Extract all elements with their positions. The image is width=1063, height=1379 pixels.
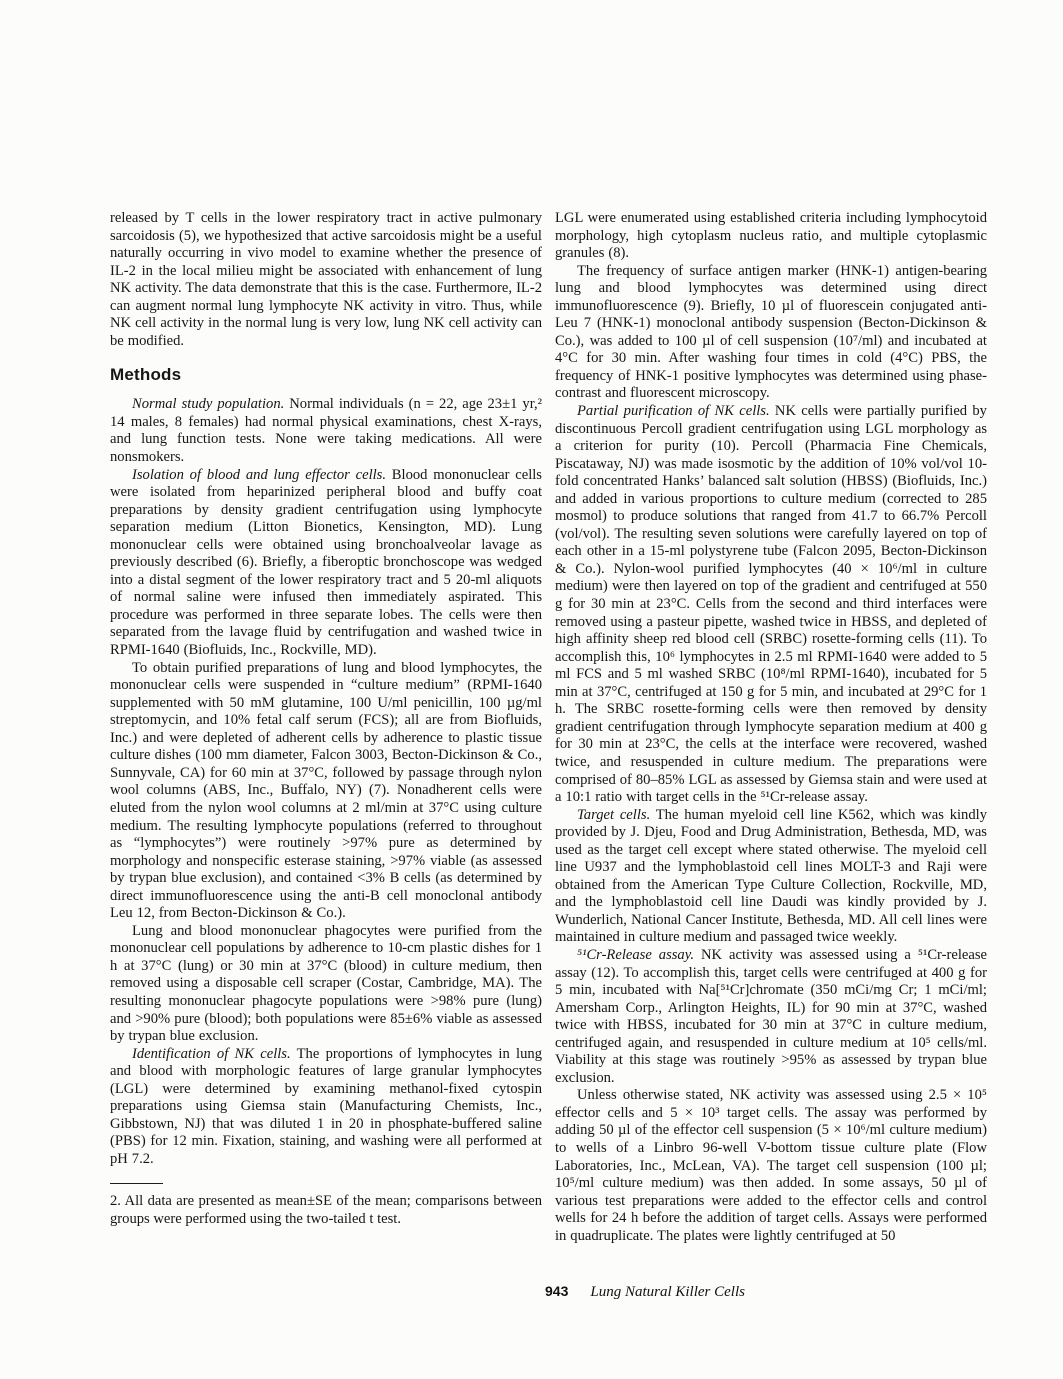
running-title: Lung Natural Killer Cells (590, 1284, 745, 1301)
paragraph-text: Blood mononuclear cells were isolated fr… (110, 467, 542, 658)
paragraph-normal-study-population: Normal study population. Normal individu… (110, 396, 542, 466)
paper-page: released by T cells in the lower respira… (0, 0, 1063, 1379)
page-footer: 943 Lung Natural Killer Cells (545, 1283, 745, 1301)
paragraph-text: NK cells were partially purified by disc… (555, 403, 987, 805)
methods-heading: Methods (110, 365, 542, 385)
paragraph-mononuclear-phagocytes: Lung and blood mononuclear phagocytes we… (110, 923, 542, 1046)
paragraph-surface-antigen-frequency: The frequency of surface antigen marker … (555, 263, 987, 403)
paragraph-purified-preparations: To obtain purified preparations of lung … (110, 660, 542, 923)
paragraph-target-cells: Target cells. The human myeloid cell lin… (555, 807, 987, 947)
paragraph-isolation-effector-cells: Isolation of blood and lung effector cel… (110, 467, 542, 660)
paragraph-text: To obtain purified preparations of lung … (110, 660, 542, 922)
paragraph-identification-nk-cells: Identification of NK cells. The proporti… (110, 1046, 542, 1169)
page-body: released by T cells in the lower respira… (110, 210, 987, 1245)
intro-paragraph: released by T cells in the lower respira… (110, 210, 542, 350)
paragraph-lgl-enumeration: LGL were enumerated using established cr… (555, 210, 987, 263)
paragraph-text: The proportions of lymphocytes in lung a… (110, 1046, 542, 1167)
paragraph-lead: Partial purification of NK cells. (577, 403, 770, 419)
paragraph-partial-purification-nk-cells: Partial purification of NK cells. NK cel… (555, 403, 987, 807)
footnote-divider (110, 1183, 163, 1184)
paragraph-text: Unless otherwise stated, NK activity was… (555, 1087, 987, 1243)
paragraph-lead: Identification of NK cells. (132, 1046, 291, 1062)
paragraph-lead: ⁵¹Cr-Release assay. (577, 947, 694, 963)
paragraph-lead: Target cells. (577, 807, 650, 823)
paragraph-text: Lung and blood mononuclear phagocytes we… (110, 923, 542, 1044)
paragraph-cr-release-assay: ⁵¹Cr-Release assay. NK activity was asse… (555, 947, 987, 1087)
page-number: 943 (545, 1283, 568, 1299)
paragraph-lead: Normal study population. (132, 396, 284, 412)
footnote: 2. All data are presented as mean±SE of … (110, 1193, 542, 1228)
paragraph-lead: Isolation of blood and lung effector cel… (132, 467, 386, 483)
paragraph-text: NK activity was assessed using a ⁵¹Cr-re… (555, 947, 987, 1086)
paragraph-nk-activity-assay-conditions: Unless otherwise stated, NK activity was… (555, 1087, 987, 1245)
intro-paragraph-text: released by T cells in the lower respira… (110, 210, 542, 349)
paragraph-text: LGL were enumerated using established cr… (555, 210, 987, 261)
right-column: LGL were enumerated using established cr… (555, 210, 987, 1245)
paragraph-text: The human myeloid cell line K562, which … (555, 807, 987, 946)
paragraph-text: The frequency of surface antigen marker … (555, 263, 987, 402)
left-column: released by T cells in the lower respira… (110, 210, 542, 1245)
